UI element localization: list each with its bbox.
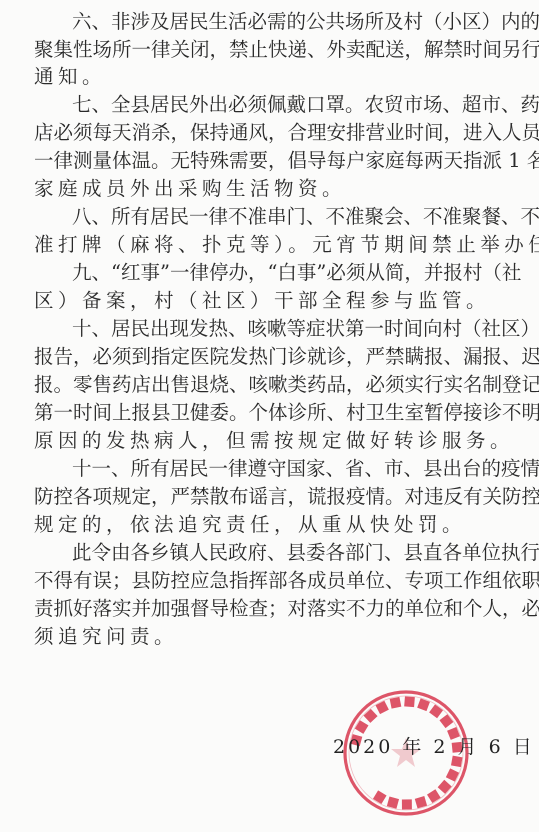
item-11-line-3: 规定的，依法追究责任，从重从快处罚。 [34, 511, 518, 539]
closing-line-1: 此令由各乡镇人民政府、县委各部门、县直各单位执行， [72, 539, 518, 567]
item-8-line-2: 准打牌（麻将、扑克等）。元宵节期间禁止举办任何活动。 [34, 231, 518, 259]
item-7-line-1: 七、全县居民外出必须佩戴口罩。农贸市场、超市、药 [72, 91, 518, 119]
item-10-line-5: 原因的发热病人，但需按规定做好转诊服务。 [34, 427, 518, 455]
item-6-line-1: 六、非涉及居民生活必需的公共场所及村（小区）内的 [72, 8, 518, 36]
document-page: 六、非涉及居民生活必需的公共场所及村（小区）内的 聚集性场所一律关闭，禁止快递、… [0, 0, 539, 832]
item-7-line-4: 家庭成员外出采购生活物资。 [34, 175, 518, 203]
item-7-line-3: 一律测量体温。无特殊需要，倡导每户家庭每两天指派 1 名 [34, 147, 518, 175]
document-date: 2020 年 2 月 6 日 [333, 733, 535, 761]
closing-line-3: 责抓好落实并加强督导检查；对落实不力的单位和个人，必 [34, 595, 518, 623]
item-10-line-2: 报告，必须到指定医院发热门诊就诊，严禁瞒报、漏报、迟 [34, 343, 518, 371]
item-6-line-3: 通知。 [34, 63, 518, 91]
item-10-line-1: 十、居民出现发热、咳嗽等症状第一时间向村（社区） [72, 315, 518, 343]
item-11-line-2: 防控各项规定，严禁散布谣言，谎报疫情。对违反有关防控 [34, 483, 518, 511]
item-8-line-1: 八、所有居民一律不准串门、不准聚会、不准聚餐、不 [72, 203, 518, 231]
item-9-line-2: 区）备案，村（社区）干部全程参与监管。 [34, 287, 518, 315]
item-9-line-1: 九、“红事”一律停办，“白事”必须从简，并报村（社 [72, 259, 518, 287]
item-10-line-3: 报。零售药店出售退烧、咳嗽类药品，必须实行实名制登记， [34, 371, 518, 399]
item-7-line-2: 店必须每天消杀，保持通风，合理安排营业时间，进入人员 [34, 119, 518, 147]
closing-line-4: 须追究问责。 [34, 623, 518, 651]
item-10-line-4: 第一时间上报县卫健委。个体诊所、村卫生室暂停接诊不明 [34, 399, 518, 427]
item-6-line-2: 聚集性场所一律关闭，禁止快递、外卖配送，解禁时间另行 [34, 36, 518, 64]
item-11-line-1: 十一、所有居民一律遵守国家、省、市、县出台的疫情 [72, 455, 518, 483]
closing-line-2: 不得有误；县防控应急指挥部各成员单位、专项工作组依职 [34, 567, 518, 595]
